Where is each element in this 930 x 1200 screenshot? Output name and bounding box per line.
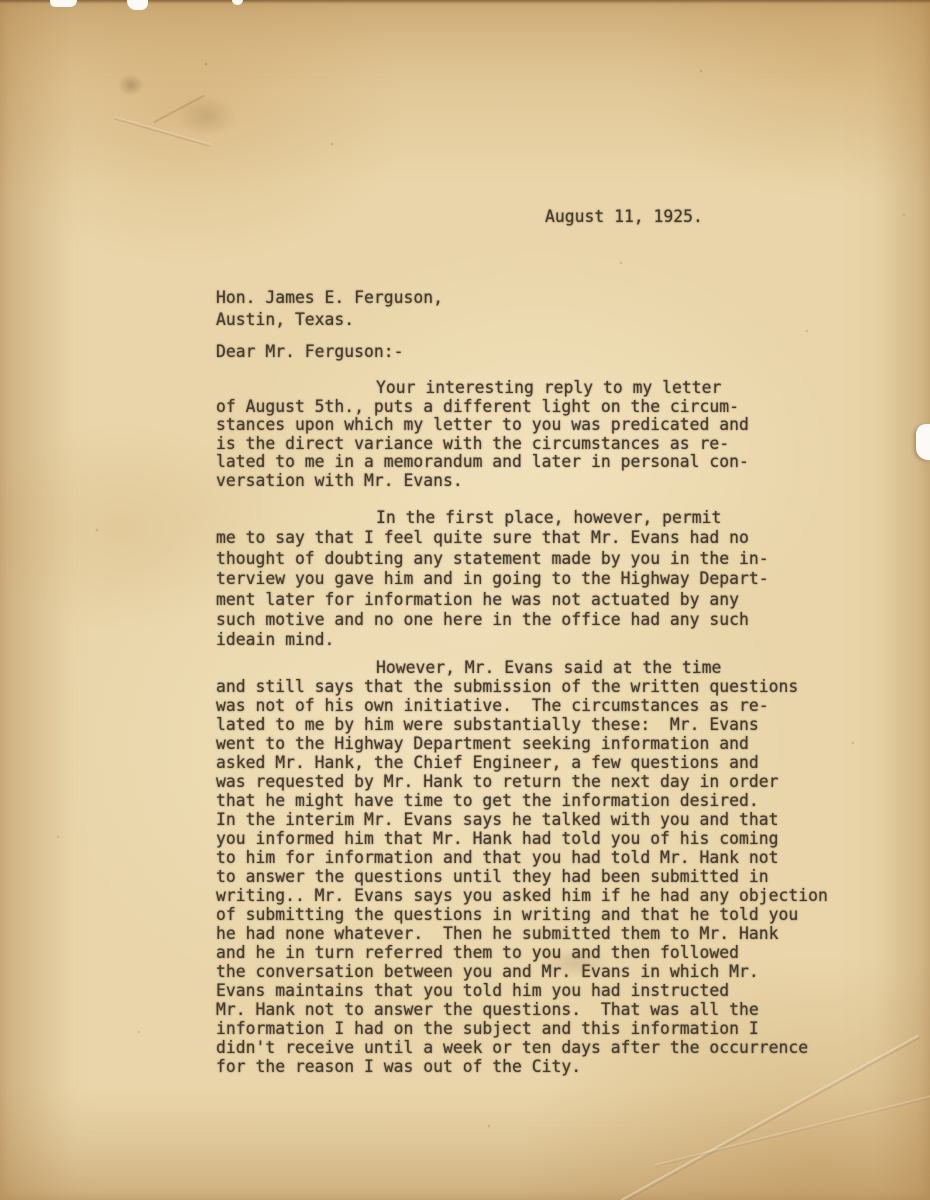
paragraph-3: However, Mr. Evans said at the time and … [216, 658, 828, 1076]
salutation: Dear Mr. Ferguson:- [216, 342, 404, 361]
paper-specks [0, 0, 2, 2]
paragraph-2: In the first place, however, permit me t… [216, 508, 769, 651]
stain [176, 96, 236, 136]
crease-line [114, 116, 211, 146]
recipient-address: Hon. James E. Ferguson, Austin, Texas. [216, 287, 443, 331]
crease-line [654, 1092, 930, 1167]
torn-chip [232, 0, 243, 5]
pencil-mark [118, 74, 144, 96]
paragraph-1: Your interesting reply to my letter of A… [216, 379, 749, 491]
paper-sheet: August 11, 1925. Hon. James E. Ferguson,… [0, 0, 930, 1200]
date-line: August 11, 1925. [545, 207, 703, 226]
crease-line [153, 95, 205, 124]
torn-notch [916, 424, 930, 460]
letter-scan: August 11, 1925. Hon. James E. Ferguson,… [0, 0, 930, 1200]
torn-chip [50, 0, 77, 7]
torn-chip [127, 0, 148, 10]
